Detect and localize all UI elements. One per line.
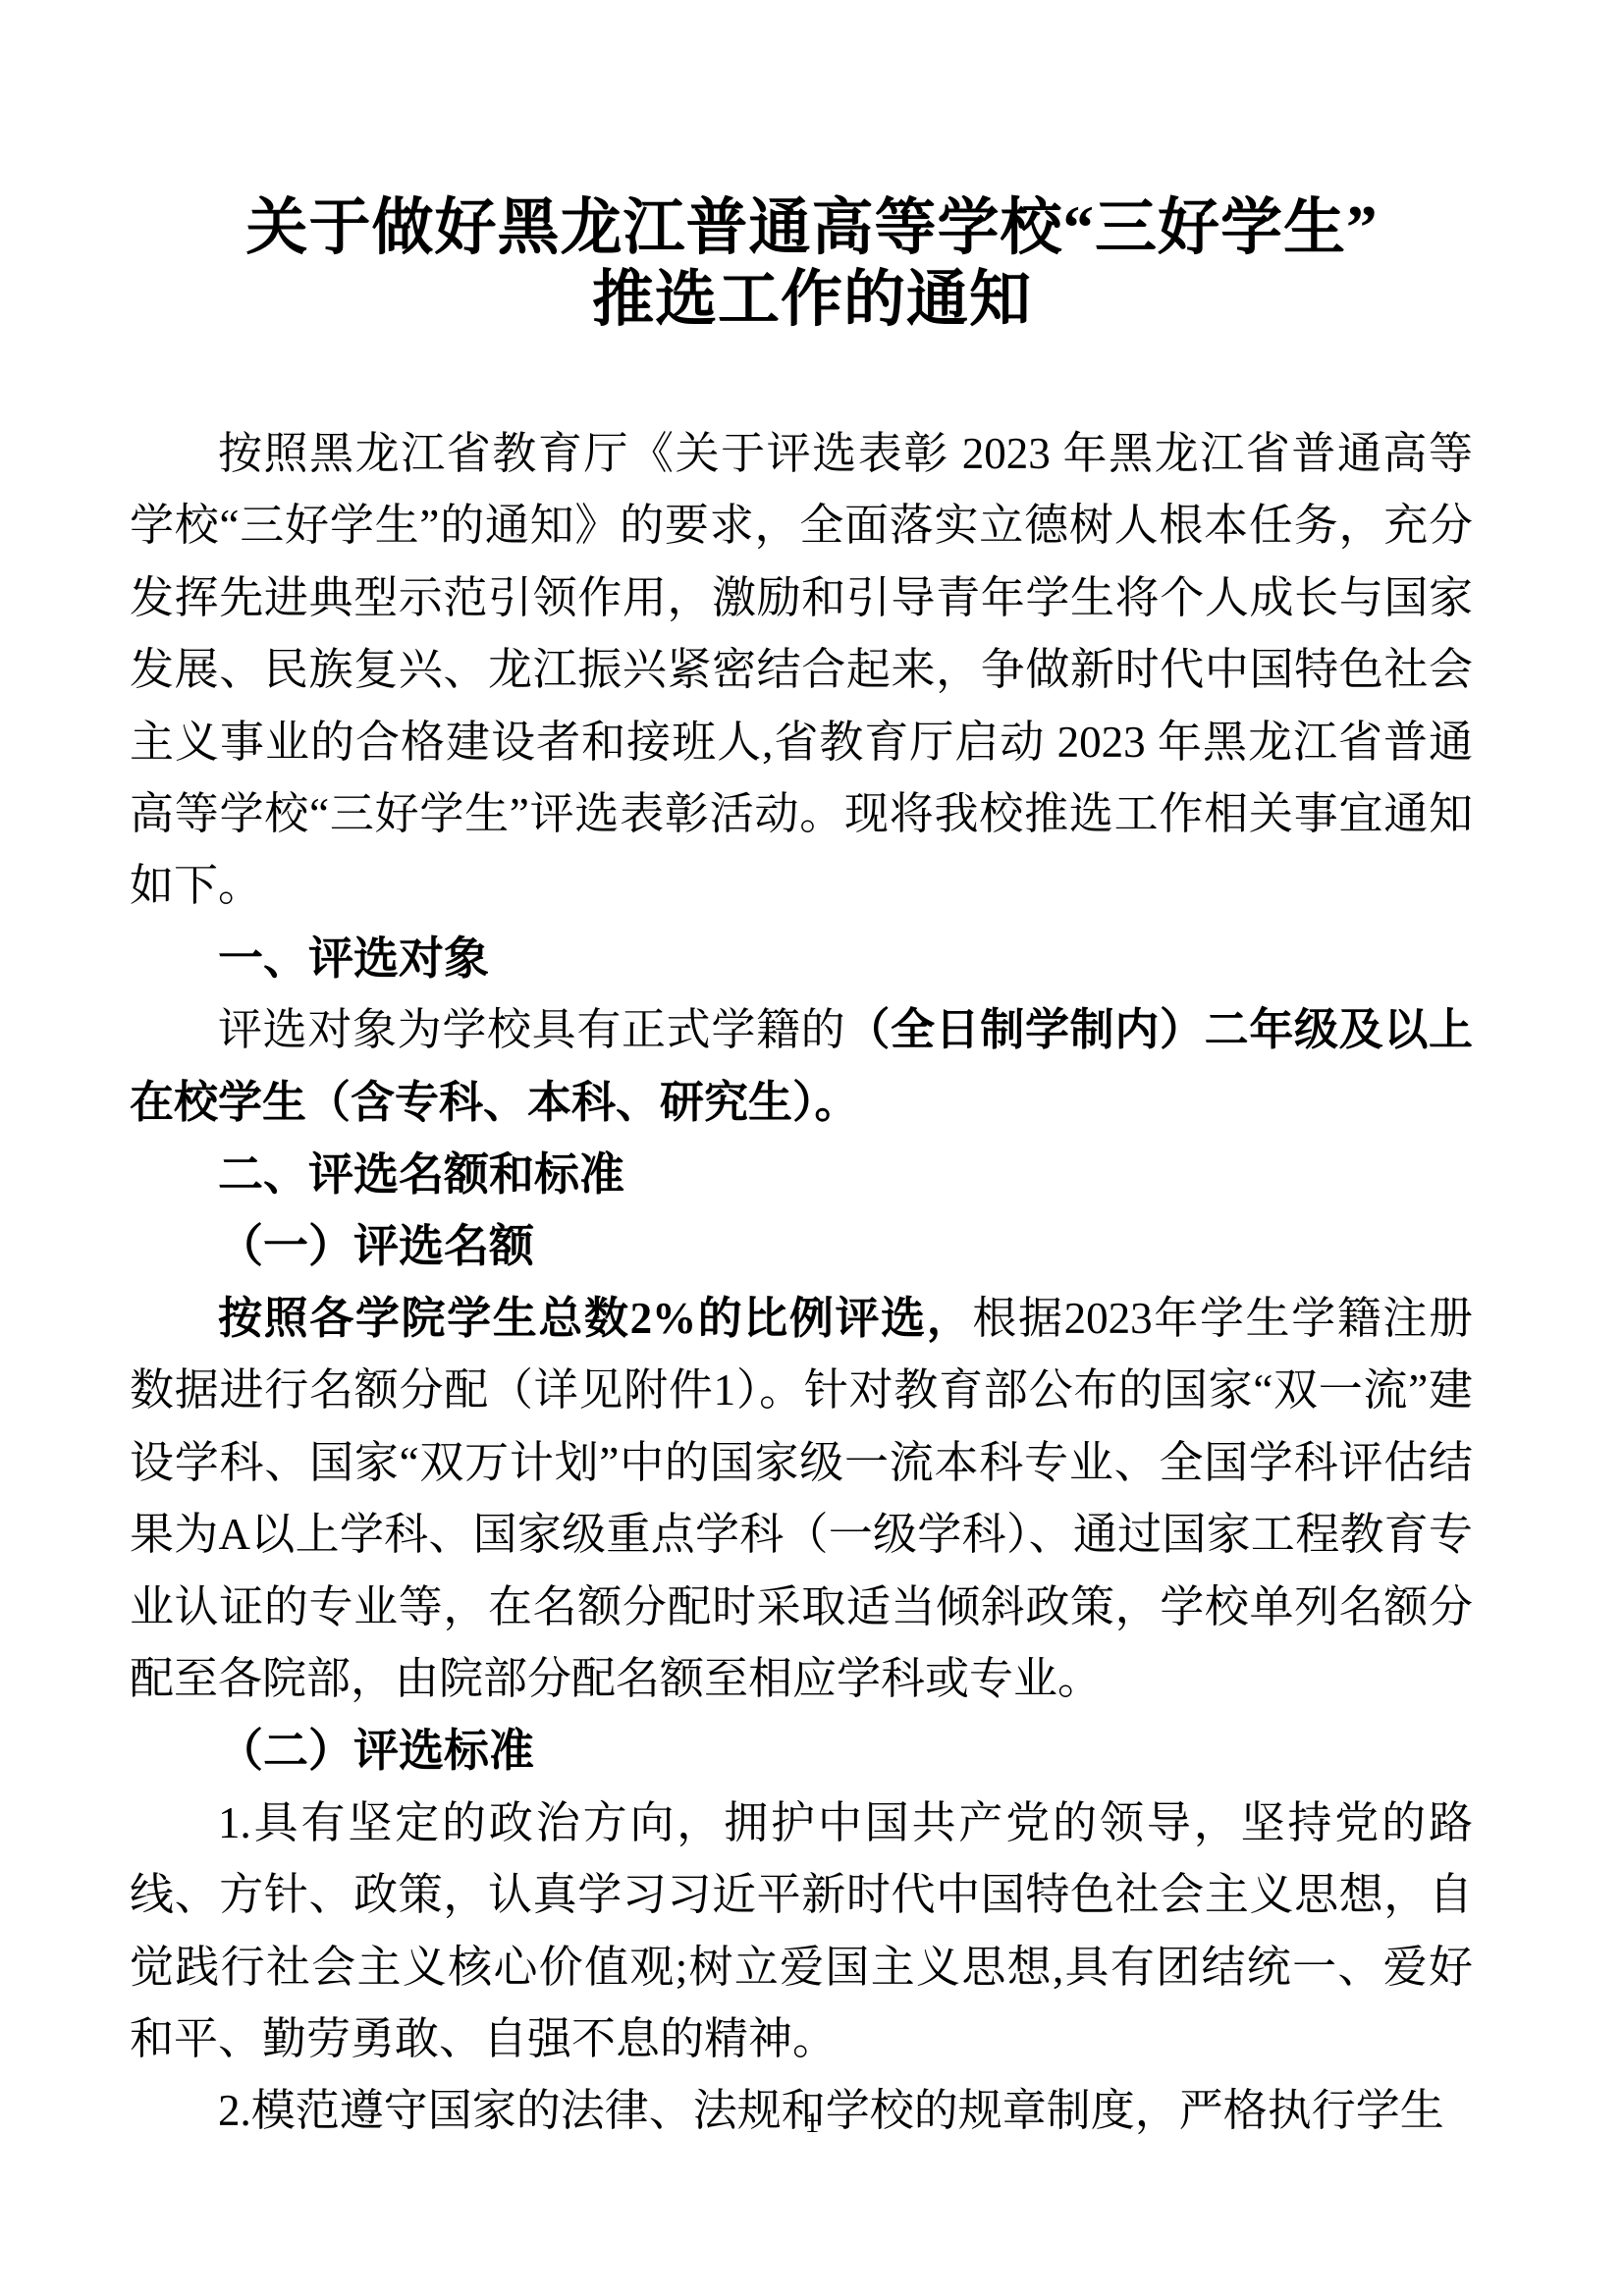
document-body: 按照黑龙江省教育厅《关于评选表彰 2023 年黑龙江省普通高等学校“三好学生”的… <box>130 418 1473 2148</box>
text-run: （二）评选标准 <box>218 1726 534 1776</box>
section-heading: （二）评选标准 <box>130 1715 1473 1787</box>
title-line-1: 关于做好黑龙江普通高等学校“三好学生” <box>0 192 1624 264</box>
paragraph: 评选对象为学校具有正式学籍的（全日制学制内）二年级及以上在校学生（含专科、本科、… <box>130 994 1473 1139</box>
paragraph: 按照各学院学生总数2%的比例评选，根据2023年学生学籍注册数据进行名额分配（详… <box>130 1283 1473 1715</box>
page-number: 1 <box>0 2108 1624 2139</box>
text-run: （一）评选名额 <box>218 1221 534 1271</box>
section-heading: 一、评选对象 <box>130 923 1473 994</box>
text-run: 二、评选名额和标准 <box>218 1148 624 1200</box>
document-page: 关于做好黑龙江普通高等学校“三好学生” 推选工作的通知 按照黑龙江省教育厅《关于… <box>0 0 1624 2296</box>
paragraph: 1.具有坚定的政治方向，拥护中国共产党的领导，坚持党的路线、方针、政策，认真学习… <box>130 1788 1473 2076</box>
text-run: 1.具有坚定的政治方向，拥护中国共产党的领导，坚持党的路线、方针、政策，认真学习… <box>130 1798 1473 2063</box>
document-title: 关于做好黑龙江普通高等学校“三好学生” 推选工作的通知 <box>0 0 1624 336</box>
paragraph: 按照黑龙江省教育厅《关于评选表彰 2023 年黑龙江省普通高等学校“三好学生”的… <box>130 418 1473 923</box>
text-run: 评选对象为学校具有正式学籍的 <box>218 1005 845 1054</box>
section-heading: 二、评选名额和标准 <box>130 1139 1473 1210</box>
text-run: 按照各学院学生总数2%的比例评选， <box>218 1294 972 1343</box>
text-run: 根据2023年学生学籍注册数据进行名额分配（详见附件1）。针对教育部公布的国家“… <box>130 1294 1473 1703</box>
section-heading: （一）评选名额 <box>130 1210 1473 1282</box>
title-line-2: 推选工作的通知 <box>0 264 1624 336</box>
text-run: 按照黑龙江省教育厅《关于评选表彰 2023 年黑龙江省普通高等学校“三好学生”的… <box>130 429 1473 910</box>
text-run: 一、评选对象 <box>218 933 489 984</box>
